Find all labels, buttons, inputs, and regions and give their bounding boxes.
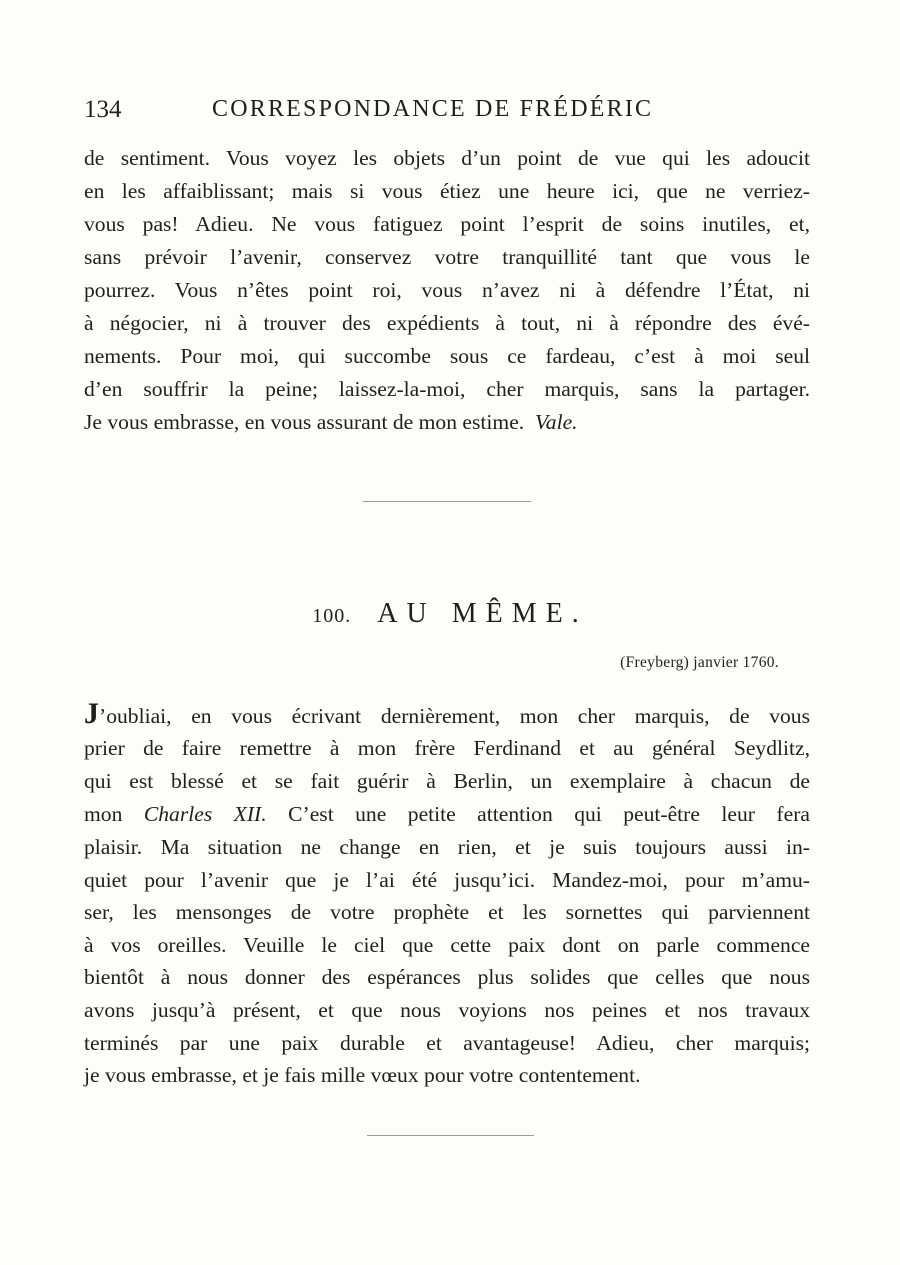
text-line: J’oubliai, en vous écrivant dernièrement… (84, 701, 810, 729)
section-divider (367, 1135, 534, 1136)
text-line: mon Charles XII. C’est une petite attent… (84, 801, 810, 827)
text-line: plaisir. Ma situation ne change en rien,… (84, 834, 810, 860)
text-line: quiet pour l’avenir que je l’ai été jusq… (84, 867, 810, 893)
running-header: 134 CORRESPONDANCE DE FRÉDÉRIC (84, 96, 784, 136)
text-line: pourrez. Vous n’êtes point roi, vous n’a… (84, 277, 810, 303)
text-line: d’en souffrir la peine; laissez-la-moi, … (84, 376, 810, 402)
text-line: terminés par une paix durable et avantag… (84, 1030, 810, 1056)
dateline: (Freyberg) janvier 1760. (620, 654, 779, 672)
text-line: nements. Pour moi, qui succombe sous ce … (84, 343, 810, 369)
text-line: avons jusqu’à présent, et que nous voyio… (84, 997, 810, 1023)
text-line: ser, les mensonges de votre prophète et … (84, 899, 810, 925)
drop-cap: J (84, 697, 99, 730)
closing-salutation: Vale. (535, 410, 578, 434)
text-line: je vous embrasse, et je fais mille vœux … (84, 1062, 810, 1088)
text-line: prier de faire remettre à mon frère Ferd… (84, 735, 810, 761)
text-line: Je vous embrasse, en vous assurant de mo… (84, 409, 810, 435)
text-line: de sentiment. Vous voyez les objets d’un… (84, 145, 810, 171)
text-line: sans prévoir l’avenir, conservez votre t… (84, 244, 810, 270)
text-line: à vos oreilles. Veuille le ciel que cett… (84, 932, 810, 958)
letter-heading: 100.AU MÊME. (0, 598, 900, 630)
letter-number: 100. (312, 605, 351, 627)
text-line: bientôt à nous donner des espérances plu… (84, 964, 810, 990)
closing-sentence: Je vous embrasse, en vous assurant de mo… (84, 410, 524, 434)
book-title: Charles XII. (144, 802, 267, 826)
text-line: en les affaiblissant; mais si vous étiez… (84, 178, 810, 204)
text-line: vous pas! Adieu. Ne vous fatiguez point … (84, 211, 810, 237)
letter-title: AU MÊME. (377, 598, 587, 629)
text-line: qui est blessé et se fait guérir à Berli… (84, 768, 810, 794)
text-line: à négocier, ni à trouver des expédients … (84, 310, 810, 336)
running-title: CORRESPONDANCE DE FRÉDÉRIC (212, 96, 653, 123)
page-number: 134 (84, 96, 122, 124)
section-divider (363, 501, 531, 502)
